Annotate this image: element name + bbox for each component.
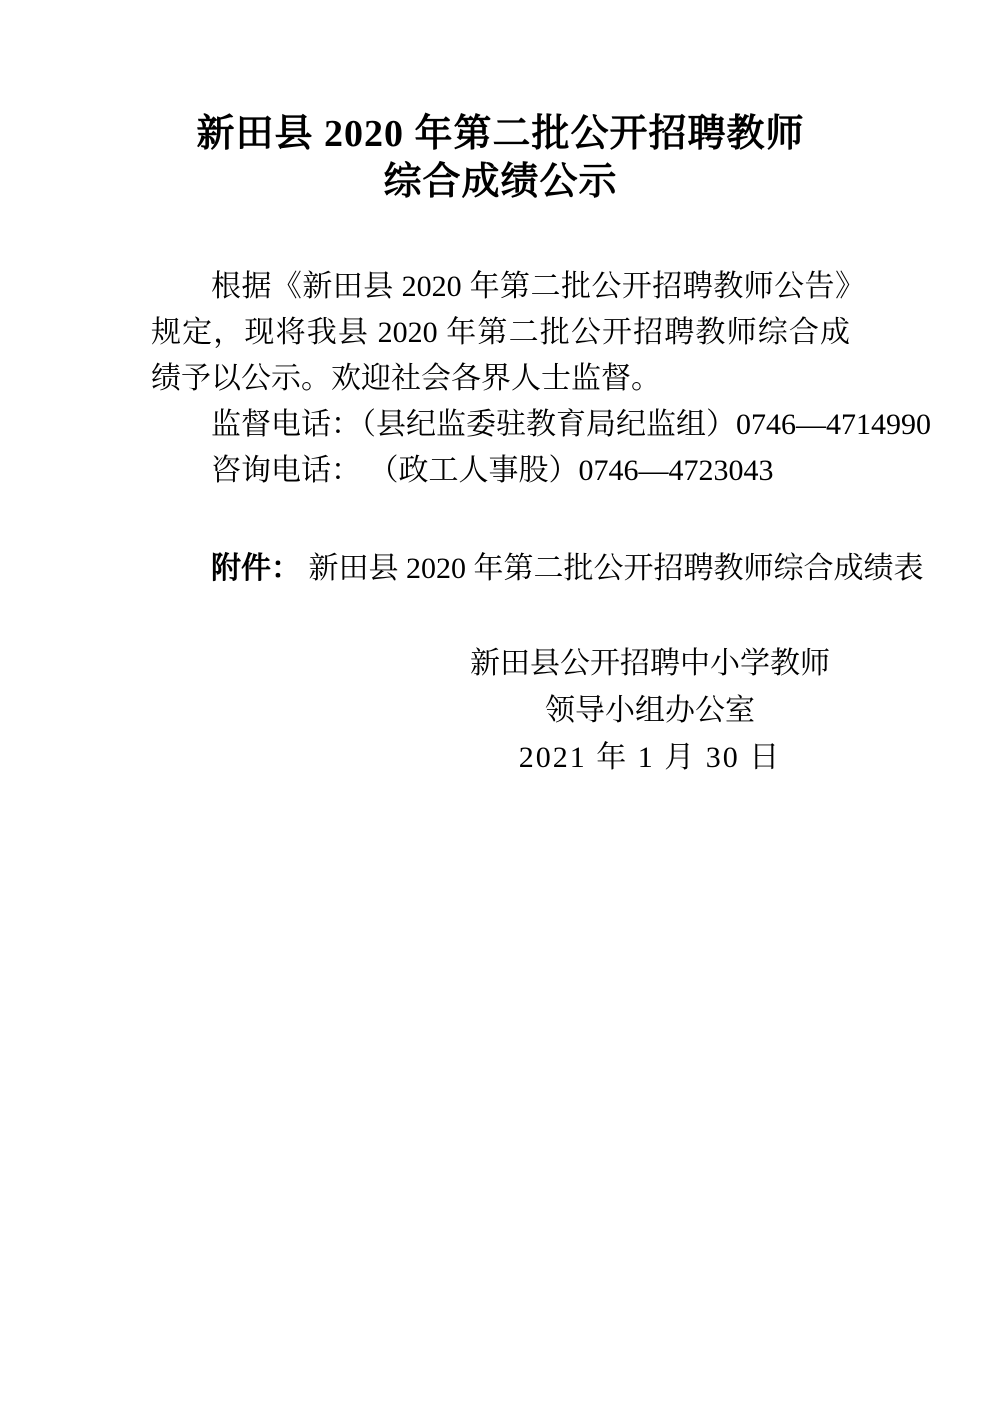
signature-block: 新田县公开招聘中小学教师 领导小组办公室 2021 年 1 月 30 日 — [470, 640, 830, 781]
title-line-1: 新田县 2020 年第二批公开招聘教师 — [151, 110, 850, 158]
attachment-line: 附件： 新田县 2020 年第二批公开招聘教师综合成绩表 — [151, 546, 850, 592]
document-title: 新田县 2020 年第二批公开招聘教师 综合成绩公示 — [151, 110, 850, 206]
consult-phone-value: （政工人事股）0746—4723043 — [369, 454, 774, 487]
consult-phone-label: 咨询电话： — [211, 454, 361, 487]
document-body: 根据《新田县 2020 年第二批公开招聘教师公告》规定，现将我县 2020 年第… — [151, 264, 850, 494]
signature-org-line-1: 新田县公开招聘中小学教师 — [470, 640, 830, 687]
supervision-phone-line: 监督电话：（县纪监委驻教育局纪监组）0746—4714990 — [151, 402, 850, 448]
attachment-text: 新田县 2020 年第二批公开招聘教师综合成绩表 — [309, 552, 924, 585]
signature-org-line-2: 领导小组办公室 — [470, 687, 830, 734]
title-line-2: 综合成绩公示 — [151, 158, 850, 206]
document-content: 新田县 2020 年第二批公开招聘教师 综合成绩公示 根据《新田县 2020 年… — [0, 0, 1000, 781]
supervision-phone-value: （县纪监委驻教育局纪监组）0746—4714990 — [361, 408, 931, 441]
intro-paragraph: 根据《新田县 2020 年第二批公开招聘教师公告》规定，现将我县 2020 年第… — [151, 264, 850, 402]
signature-date: 2021 年 1 月 30 日 — [470, 734, 830, 781]
consult-phone-line: 咨询电话： （政工人事股）0746—4723043 — [151, 448, 850, 494]
document-page: 新田县 2020 年第二批公开招聘教师 综合成绩公示 根据《新田县 2020 年… — [0, 0, 1000, 1414]
supervision-phone-label: 监督电话： — [211, 408, 361, 441]
attachment-label: 附件： — [211, 552, 301, 585]
